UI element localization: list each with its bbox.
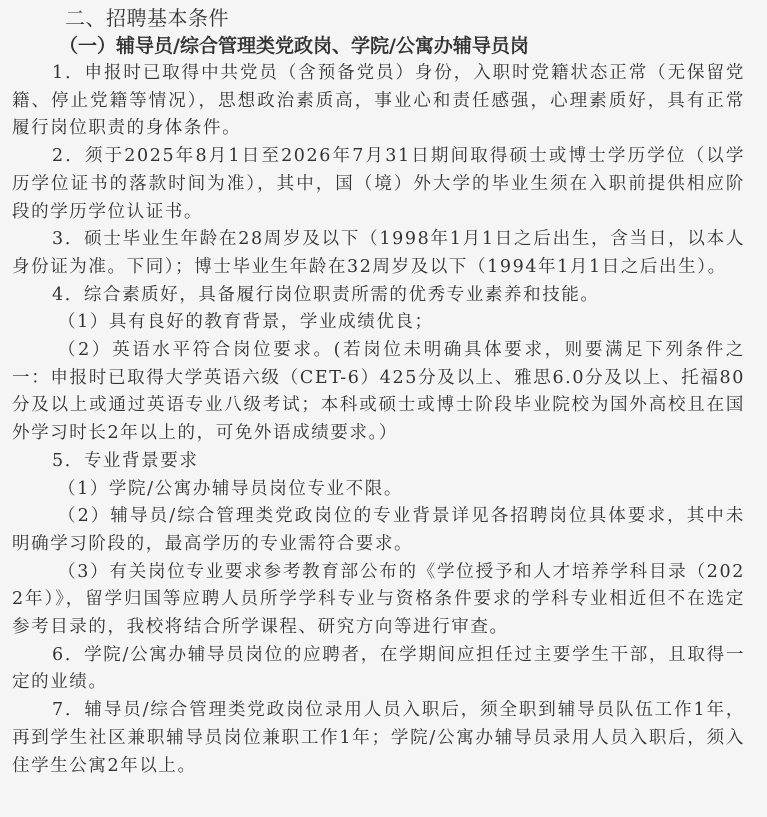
requirement-4-1-education: （1）具有良好的教育背景，学业成绩优良； bbox=[12, 309, 745, 337]
requirement-3-age: 3．硕士毕业生年龄在28周岁及以下（1998年1月1日之后出生，含当日，以本人身… bbox=[12, 226, 745, 281]
requirement-6-student-cadre: 6．学院/公寓办辅导员岗位的应聘者，在学期间应担任过主要学生干部，且取得一定的业… bbox=[12, 642, 745, 697]
requirement-1-party-membership: 1．申报时已取得中共党员（含预备党员）身份，入职时党籍状态正常（无保留党籍、停止… bbox=[12, 60, 745, 143]
section-title: 二、招聘基本条件 bbox=[12, 4, 745, 32]
requirement-5-major: 5．专业背景要求 bbox=[12, 448, 745, 476]
requirement-2-degree: 2．须于2025年8月1日至2026年7月31日期间取得硕士或博士学历学位（以学… bbox=[12, 143, 745, 226]
document-body: 二、招聘基本条件 （一）辅导员/综合管理类党政岗、学院/公寓办辅导员岗 1．申报… bbox=[0, 0, 767, 780]
requirement-4-2-english: （2）英语水平符合岗位要求。(若岗位未明确具体要求，则要满足下列条件之一：申报时… bbox=[12, 337, 745, 448]
requirement-7-service: 7．辅导员/综合管理类党政岗位录用人员入职后，须全职到辅导员队伍工作1年，再到学… bbox=[12, 697, 745, 780]
requirement-5-2-major-detail: （2）辅导员/综合管理类党政岗位的专业背景详见各招聘岗位具体要求，其中未明确学习… bbox=[12, 503, 745, 558]
section-subtitle: （一）辅导员/综合管理类党政岗、学院/公寓办辅导员岗 bbox=[12, 32, 745, 60]
requirement-5-3-major-catalog: （3）有关岗位专业要求参考教育部公布的《学位授予和人才培养学科目录（2022年）… bbox=[12, 559, 745, 642]
requirement-5-1-major-unlimited: （1）学院/公寓办辅导员岗位专业不限。 bbox=[12, 476, 745, 504]
requirement-4-quality: 4．综合素质好，具备履行岗位职责所需的优秀专业素养和技能。 bbox=[12, 282, 745, 310]
